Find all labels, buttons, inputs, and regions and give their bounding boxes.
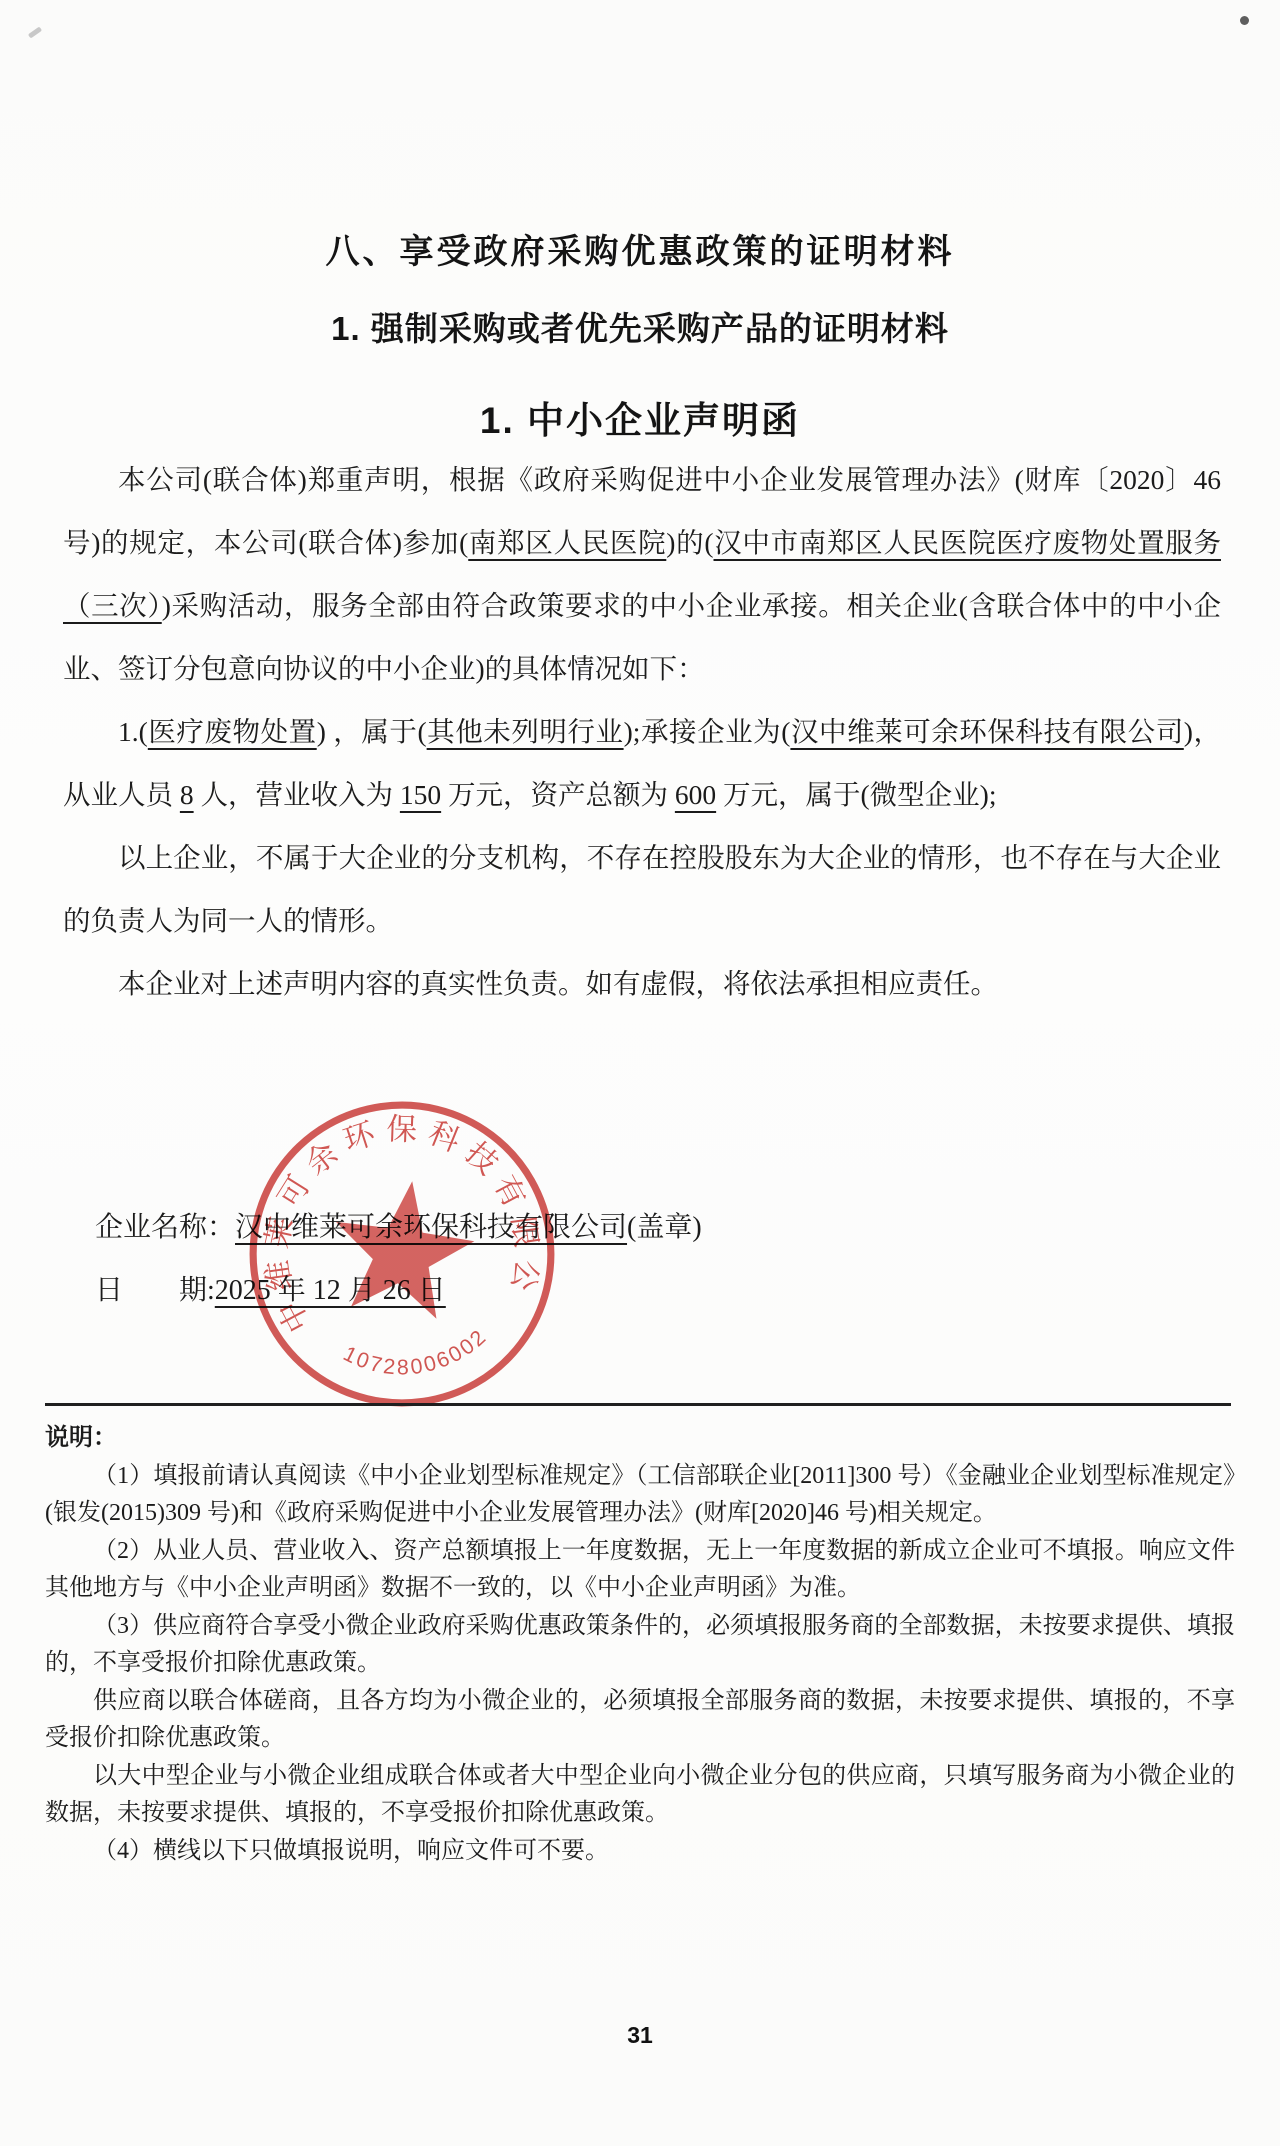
company-name-value: 汉中维莱可余环保科技有限公司 [235, 1212, 627, 1243]
declaration-paragraph-1: 本公司(联合体)郑重声明，根据《政府采购促进中小企业发展管理办法》(财库〔202… [63, 448, 1221, 700]
note-paragraph: 以大中型企业与小微企业组成联合体或者大中型企业向小微企业分包的供应商，只填写服务… [45, 1758, 1235, 1833]
note-paragraph: （3）供应商符合享受小微企业政府采购优惠政策条件的，必须填报服务商的全部数据，未… [45, 1608, 1235, 1683]
underlined-fill-in: 南郑区人民医院 [468, 527, 666, 558]
declaration-paragraph-2: 1.(医疗废物处置) ，属于(其他未列明行业);承接企业为(汉中维莱可余环保科技… [63, 700, 1221, 826]
static-text: 人，营业收入为 [194, 779, 400, 810]
declaration-paragraph-4: 本企业对上述声明内容的真实性负责。如有虚假，将依法承担相应责任。 [63, 952, 1221, 1015]
notes-section: 说明： （1）填报前请认真阅读《中小企业划型标准规定》（工信部联企业[2011]… [45, 1420, 1235, 1870]
static-text: 万元，属于(微型企业); [716, 779, 996, 810]
static-text: 万元，资产总额为 [441, 779, 675, 810]
static-text: )采购活动，服务全部由符合政策要求的中小企业承接。相关企业(含联合体中的中小企业… [63, 590, 1221, 684]
notes-list: （1）填报前请认真阅读《中小企业划型标准规定》（工信部联企业[2011]300 … [45, 1458, 1235, 1871]
underlined-fill-in: 汉中维莱可余环保科技有限公司 [790, 716, 1183, 747]
scan-artifact [28, 26, 42, 38]
underlined-fill-in: 医疗废物处置 [148, 716, 317, 747]
note-paragraph: （4）横线以下只做填报说明，响应文件可不要。 [45, 1833, 1235, 1871]
company-name-label: 企业名称： [95, 1212, 235, 1243]
section-heading: 八、享受政府采购优惠政策的证明材料 [0, 224, 1280, 273]
fold-separator-line [45, 1403, 1231, 1406]
notes-title: 说明： [45, 1420, 1235, 1458]
note-paragraph: （1）填报前请认真阅读《中小企业划型标准规定》（工信部联企业[2011]300 … [45, 1458, 1235, 1533]
scanned-document-page: 八、享受政府采购优惠政策的证明材料 1. 强制采购或者优先采购产品的证明材料 1… [0, 0, 1280, 2146]
company-name-row: 企业名称：汉中维莱可余环保科技有限公司(盖章) [95, 1196, 702, 1259]
underlined-fill-in: 600 [675, 779, 716, 810]
date-value: 2025 年 12 月 26 日 [215, 1275, 446, 1306]
note-paragraph: 供应商以联合体磋商，且各方均为小微企业的，必须填报全部服务商的数据，未按要求提供… [45, 1683, 1235, 1758]
subsection-heading: 1. 强制采购或者优先采购产品的证明材料 [0, 303, 1280, 350]
underlined-fill-in: 其他未列明行业 [427, 716, 624, 747]
document-title: 1. 中小企业声明函 [0, 390, 1280, 444]
declaration-paragraph-3: 以上企业，不属于大企业的分支机构，不存在控股股东为大企业的情形，也不存在与大企业… [63, 826, 1221, 952]
underlined-fill-in: 150 [400, 779, 441, 810]
static-text: ) ，属于( [317, 716, 427, 747]
scan-artifact [1240, 16, 1249, 25]
note-paragraph: （2）从业人员、营业收入、资产总额填报上一年度数据，无上一年度数据的新成立企业可… [45, 1533, 1235, 1608]
declaration-body: 本公司(联合体)郑重声明，根据《政府采购促进中小企业发展管理办法》(财库〔202… [63, 448, 1221, 1015]
static-text: )的( [666, 527, 713, 558]
date-label: 日 期: [95, 1275, 215, 1306]
static-text: );承接企业为( [624, 716, 791, 747]
company-name-suffix: (盖章) [627, 1212, 702, 1243]
signature-block: 企业名称：汉中维莱可余环保科技有限公司(盖章) 日 期:2025 年 12 月 … [95, 1196, 702, 1322]
date-row: 日 期:2025 年 12 月 26 日 [95, 1259, 702, 1322]
page-number: 31 [0, 2022, 1280, 2049]
static-text: 1.( [118, 716, 148, 747]
underlined-fill-in: 8 [180, 779, 194, 810]
